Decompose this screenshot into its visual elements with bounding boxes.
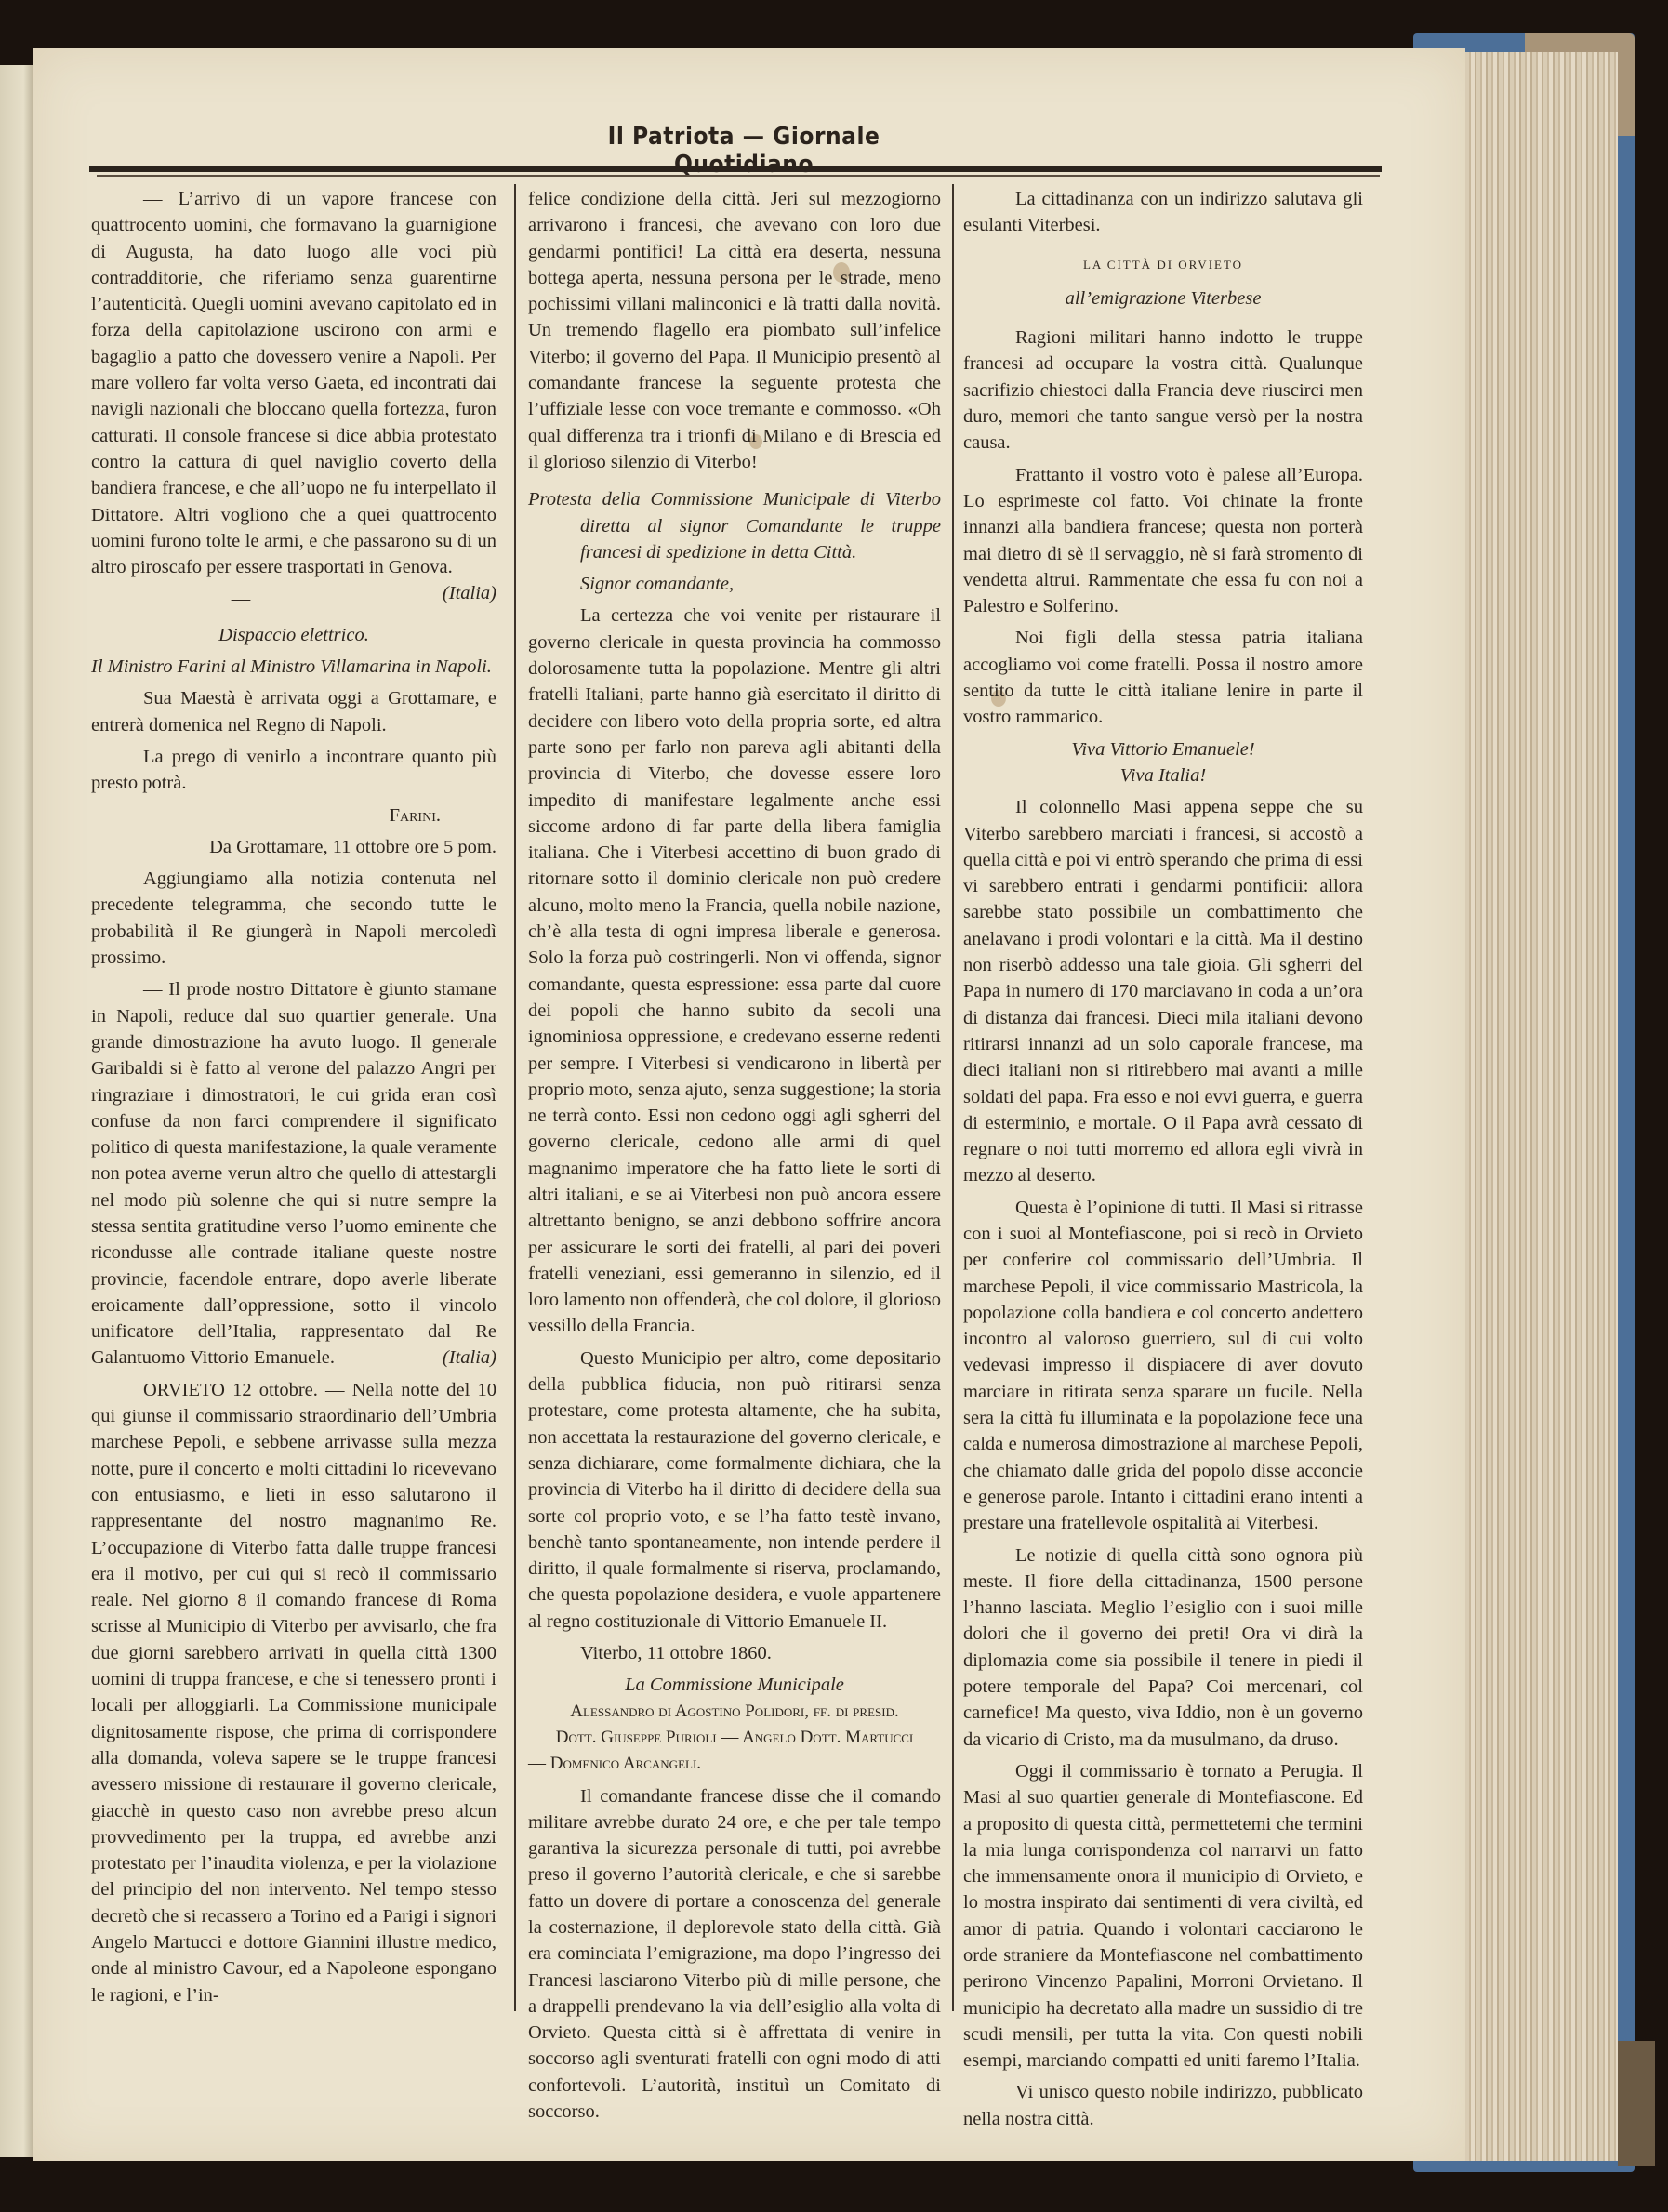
article-text: Aggiungiamo alla notizia contenuta nel p…	[91, 866, 496, 971]
dispatch-signature: Farini.	[91, 802, 496, 828]
column-middle: felice condizione della città. Jeri sul …	[528, 186, 941, 2130]
column-divider	[514, 184, 516, 2011]
cover-corner-leather-bottom	[1618, 2041, 1655, 2166]
article-text: felice condizione della città. Jeri sul …	[528, 186, 941, 475]
source-citation: (Italia)	[391, 580, 496, 606]
article-text: Oggi il commissario è tornato a Perugia.…	[963, 1758, 1363, 2074]
protest-dateline: Viterbo, 11 ottobre 1860.	[528, 1640, 941, 1666]
article-text: — L’arrivo di un vapore francese con qua…	[91, 189, 496, 577]
address-title: LA CITTÀ DI ORVIETO	[963, 252, 1363, 278]
dispatch-dateline: Da Grottamare, 11 ottobre ore 5 pom.	[91, 834, 496, 860]
column-divider	[952, 184, 954, 2011]
article-text: Vi unisco questo nobile indirizzo, pubbl…	[963, 2079, 1363, 2132]
dispatch-text: Sua Maestà è arrivata oggi a Grottamare,…	[91, 685, 496, 738]
page-stack-edge	[1465, 52, 1618, 2161]
protest-text: Questo Municipio per altro, come deposit…	[528, 1345, 941, 1635]
source-citation: (Italia)	[391, 1344, 496, 1371]
cheer: Viva Italia!	[963, 762, 1363, 788]
article-text: Le notizie di quella città sono ognora p…	[963, 1543, 1363, 1753]
address-text: Noi figli della stessa patria italiana a…	[963, 625, 1363, 730]
salutation: Signor comandante,	[528, 571, 941, 597]
article-augusta: — L’arrivo di un vapore francese con qua…	[91, 186, 496, 580]
signatory: Dott. Giuseppe Purioli — Angelo Dott. Ma…	[528, 1725, 941, 1751]
protest-title: Protesta della Commissione Municipale di…	[528, 486, 941, 565]
article-dittatore: — Il prode nostro Dittatore è giunto sta…	[91, 976, 496, 1371]
signatory-body: La Commissione Municipale	[528, 1672, 941, 1698]
column-left: — L’arrivo di un vapore francese con qua…	[91, 186, 496, 2014]
article-text: Il comandante francese disse che il coma…	[528, 1783, 941, 2126]
facing-page-edge	[0, 65, 33, 2157]
dispatch-header: Il Ministro Farini al Ministro Villamari…	[91, 654, 496, 680]
article-text: Questa è l’opinione di tutti. Il Masi si…	[963, 1195, 1363, 1537]
masthead-rule-thin	[97, 175, 1380, 177]
article-text: — Il prode nostro Dittatore è giunto sta…	[91, 979, 496, 1368]
article-text: La cittadinanza con un indirizzo salutav…	[963, 186, 1363, 239]
column-right: La cittadinanza con un indirizzo salutav…	[963, 186, 1363, 2138]
address-text: Ragioni militari hanno indotto le truppe…	[963, 325, 1363, 456]
article-orvieto: ORVIETO 12 ottobre. — Nella notte del 10…	[91, 1377, 496, 2008]
article-text: Il colonnello Masi appena seppe che su V…	[963, 794, 1363, 1188]
cheer: Viva Vittorio Emanuele!	[963, 736, 1363, 762]
dispatch-title: Dispaccio elettrico.	[91, 622, 496, 648]
address-text: Frattanto il vostro voto è palese all’Eu…	[963, 462, 1363, 620]
signatory: Alessandro di Agostino Polidori, ff. di …	[528, 1699, 941, 1725]
masthead-rule	[89, 166, 1382, 172]
signatory: — Domenico Arcangeli.	[528, 1751, 941, 1777]
address-subtitle: all’emigrazione Viterbese	[963, 285, 1363, 311]
dispatch-text: La prego di venirlo a incontrare quanto …	[91, 744, 496, 797]
protest-text: La certezza che voi venite per ristaurar…	[528, 603, 941, 1339]
